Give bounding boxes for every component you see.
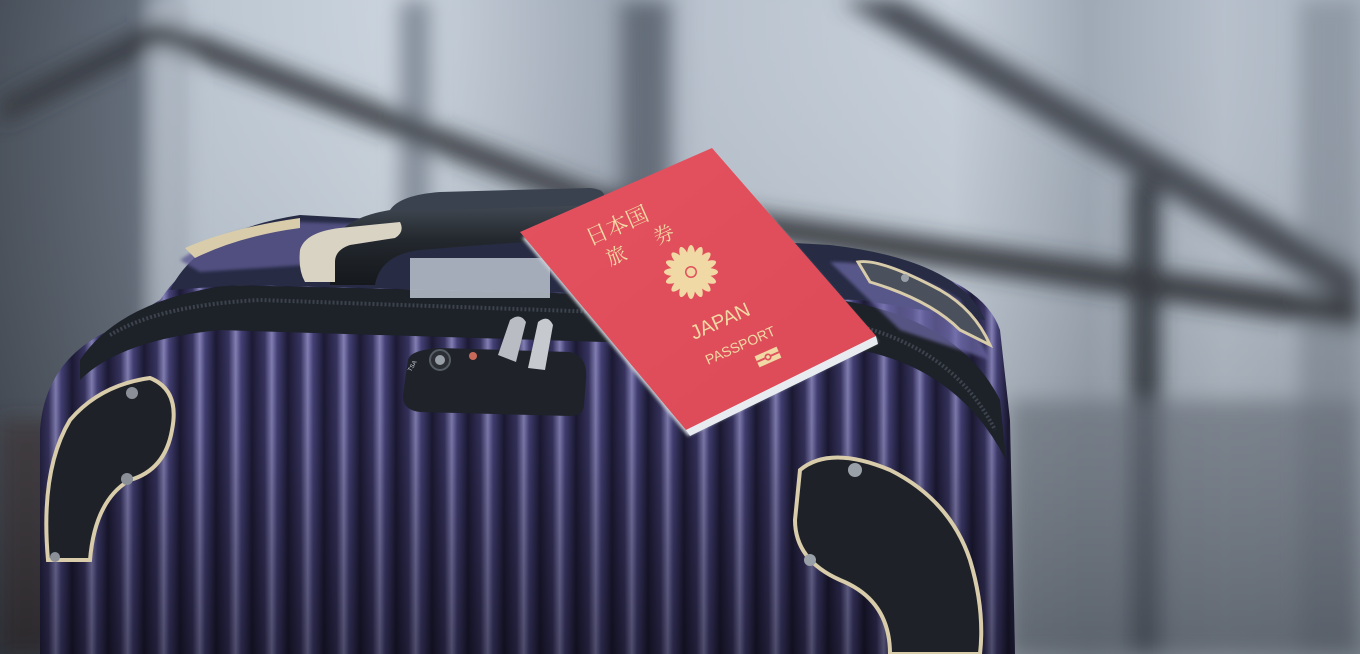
photo-scene: TSA 日本国 旅券 JAPAN <box>0 0 1360 654</box>
chrysanthemum-emblem-icon <box>664 245 718 299</box>
photo: TSA 日本国 旅券 JAPAN <box>0 0 1360 654</box>
